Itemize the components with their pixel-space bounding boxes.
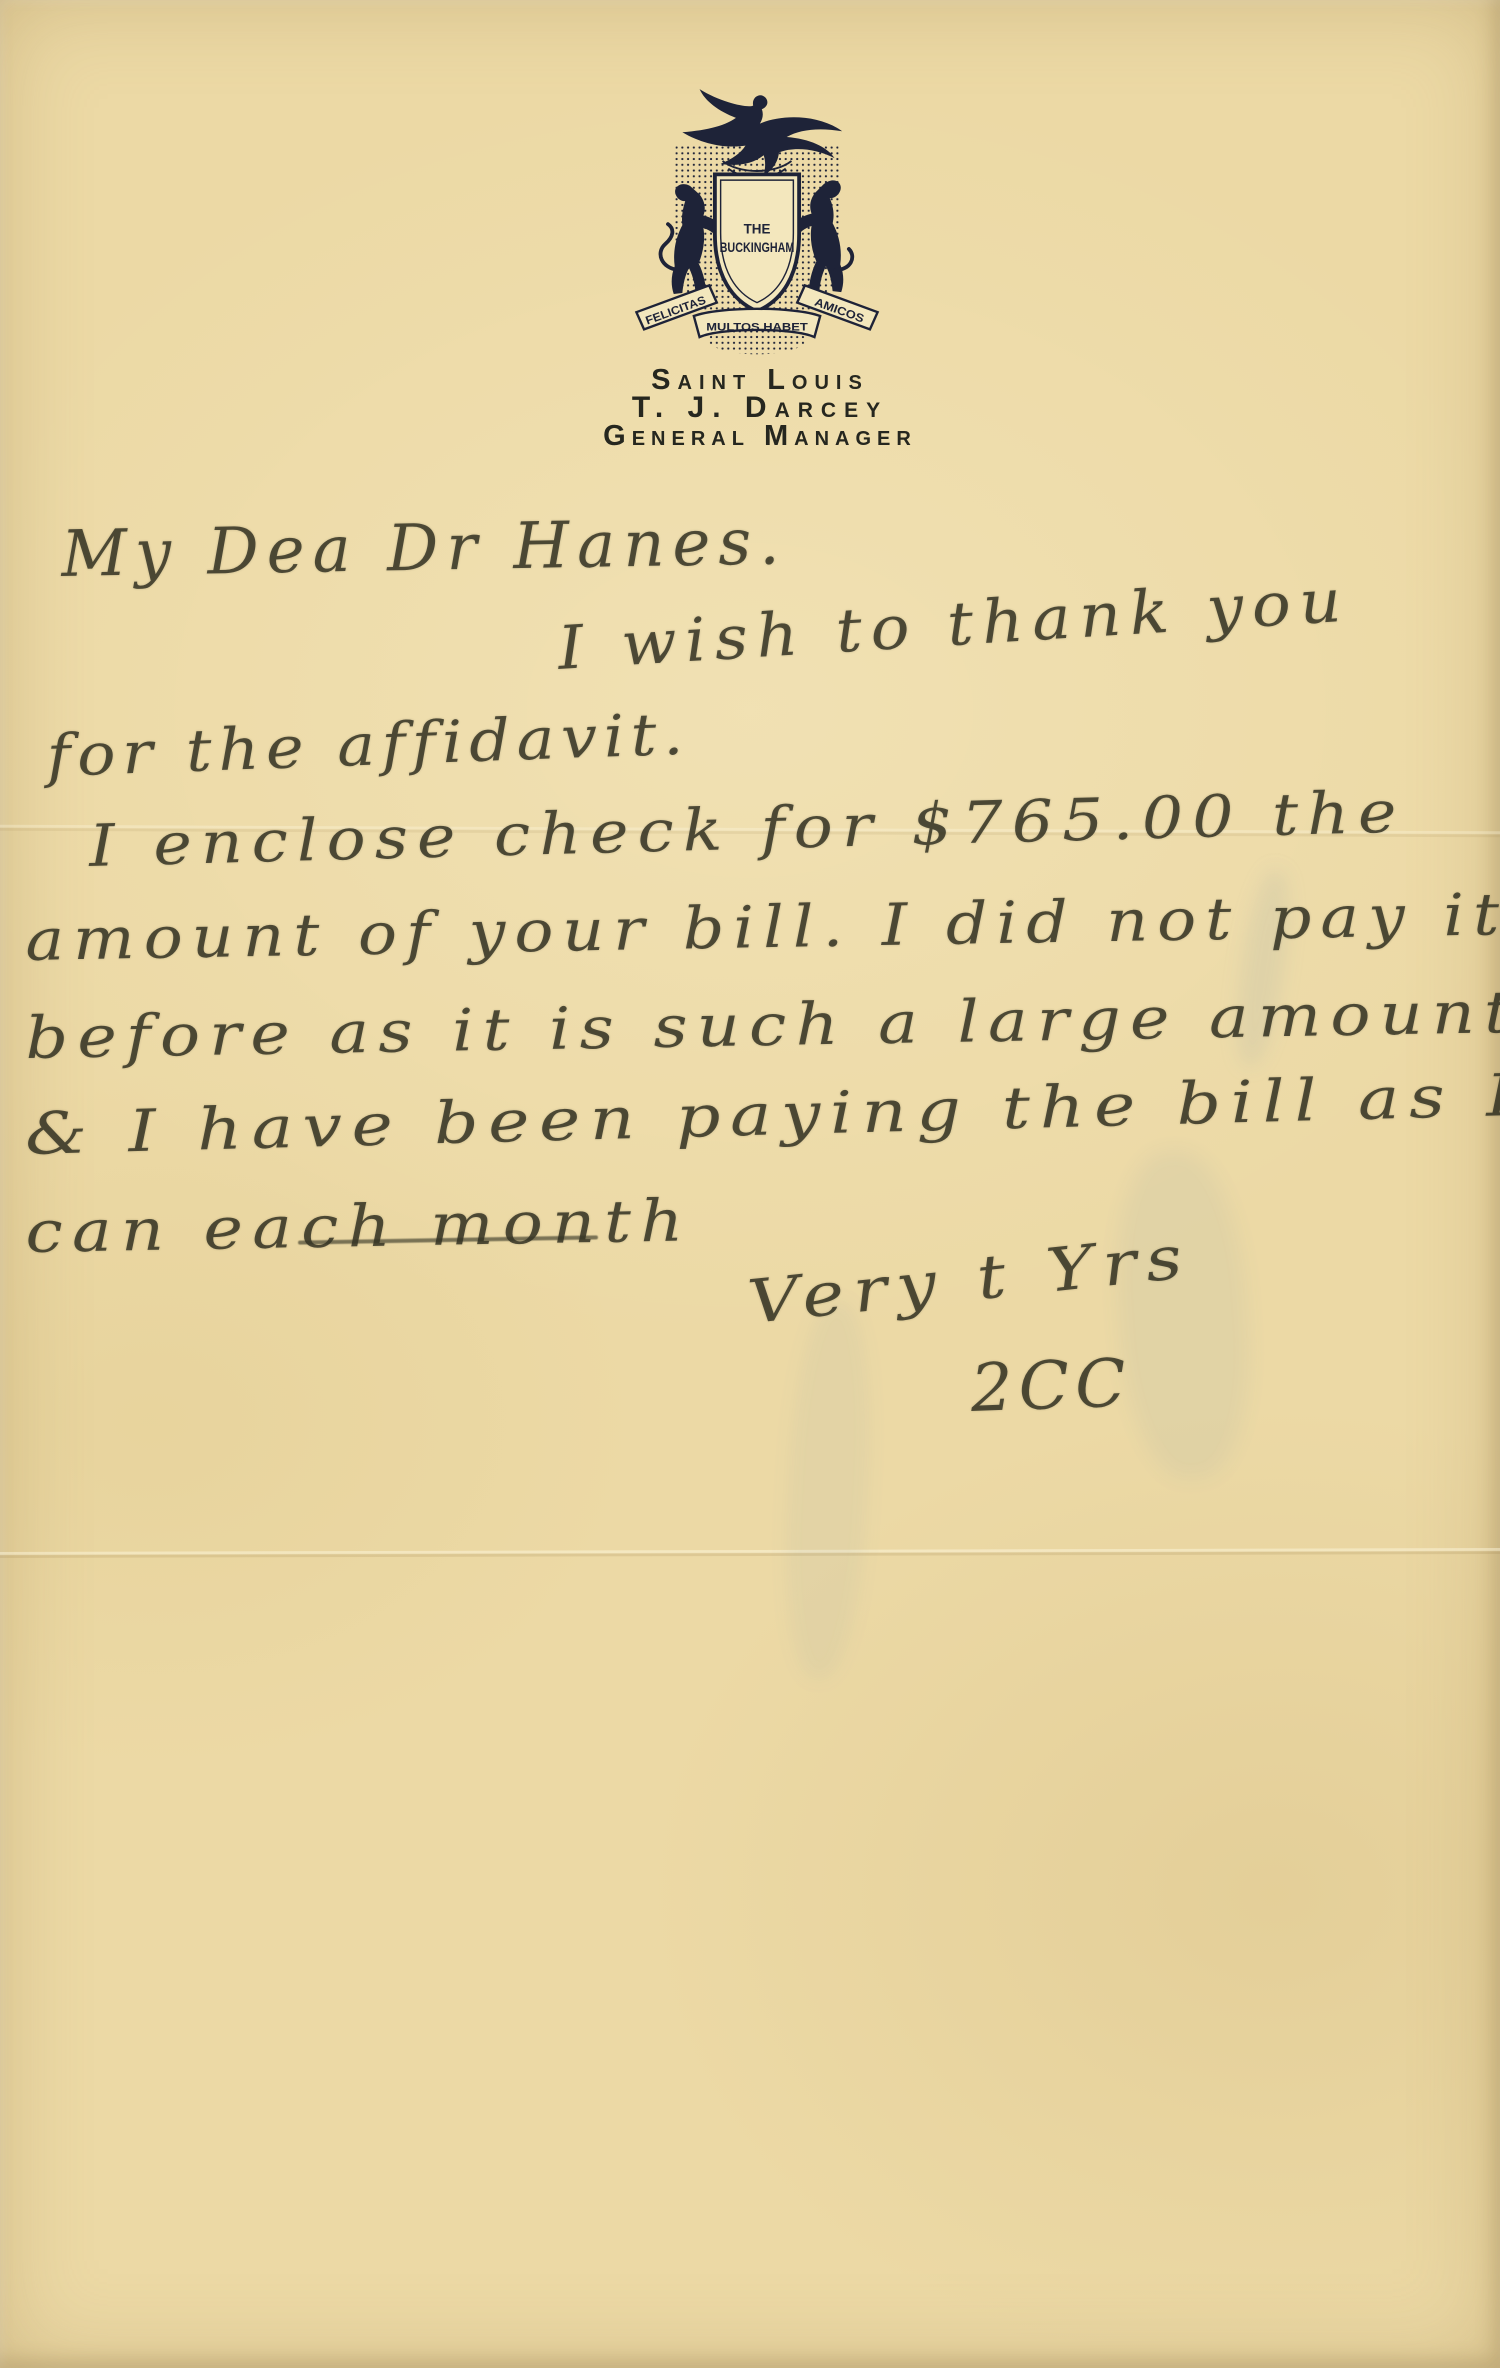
motto-center-text: MULTOS HABET [706,321,807,333]
salutation-line: My Dea Dr Hanes. [61,505,788,592]
handwritten-line: I enclose check for $765.00 the [88,778,1406,880]
shield-text-buckingham: BUCKINGHAM [720,240,795,255]
buckingham-crest: THE BUCKINGHAM FELICITAS AMICOS MULTOS H… [623,88,891,366]
handwritten-line: I wish to thank you [556,566,1352,684]
handwritten-line: before as it is such a large amount [25,978,1500,1072]
signature-initials: 2CC [969,1344,1133,1427]
fold-line-lower [0,1548,1500,1558]
ink-showthrough-mark [1107,1146,1260,1484]
letterhead-text-block: Saint Louis T. J. Darcey General Manager [540,366,980,450]
letterhead-manager-title: General Manager [540,422,980,450]
handwritten-line: can each month [25,1186,693,1266]
shield-text-the: THE [744,222,771,237]
ink-showthrough-mark [778,1298,878,1682]
letterhead-manager-name: T. J. Darcey [540,394,980,422]
handwritten-line: for the affidavit. [46,700,691,790]
letterhead-city: Saint Louis [540,366,980,394]
handwritten-line: & I have been paying the bill as I [24,1061,1500,1168]
scanned-letter-page: THE BUCKINGHAM FELICITAS AMICOS MULTOS H… [0,0,1500,2368]
